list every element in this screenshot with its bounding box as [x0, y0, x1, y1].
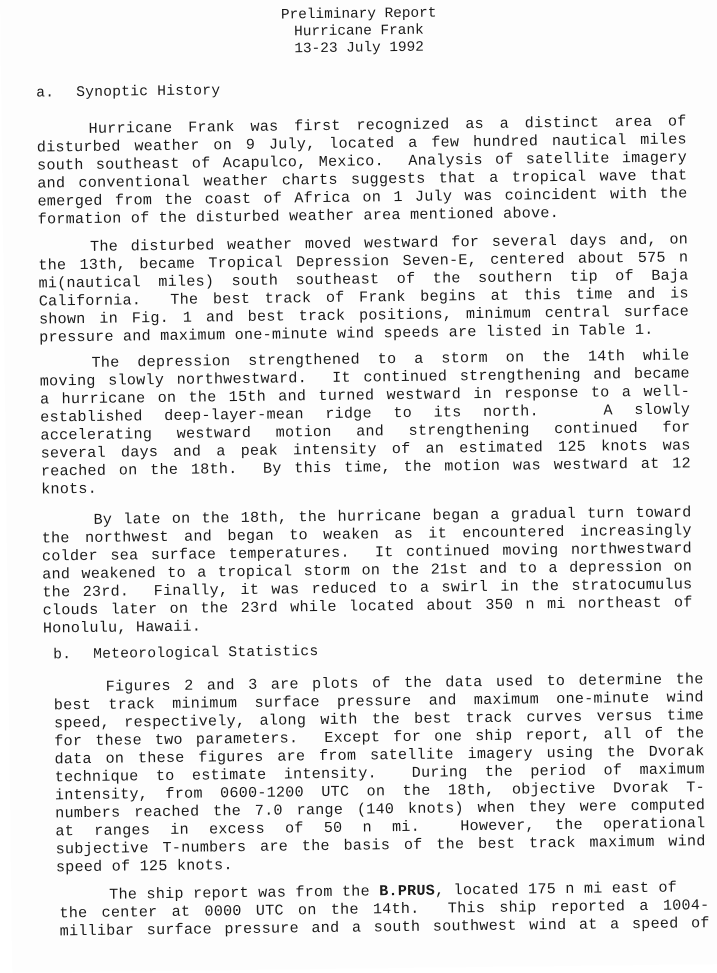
section-b-heading: Meteorological Statistics: [93, 644, 318, 664]
paragraph-line: Honolulu, Hawaii.: [43, 619, 201, 638]
section-a-heading: Synoptic History: [76, 83, 220, 102]
paragraph-line: speed of 125 knots.: [56, 857, 233, 876]
ship-name: B.PRUS: [379, 882, 435, 901]
section-b-label: b.: [53, 647, 71, 664]
paragraph-line: knots.: [41, 481, 97, 499]
document-page: Preliminary Report Hurricane Frank 13-23…: [0, 0, 717, 973]
section-a-label: a.: [36, 85, 54, 102]
